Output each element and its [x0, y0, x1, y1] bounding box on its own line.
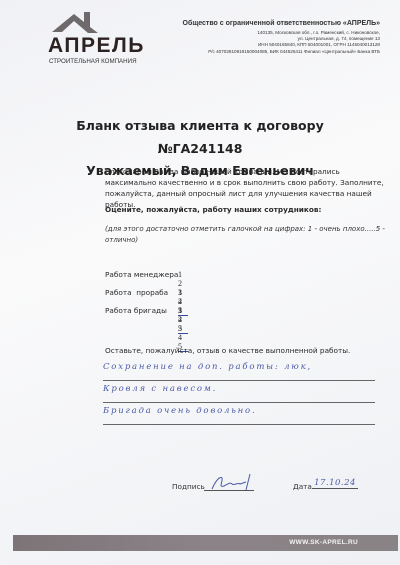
intro-text: Благодарим Вас за выбор нашей компании. …	[105, 166, 385, 210]
signature-scribble-icon	[210, 472, 256, 492]
website-link[interactable]: WWW.SK-APREL.RU	[289, 539, 358, 546]
footer-bar: WWW.SK-APREL.RU	[13, 535, 398, 551]
rating-option-1[interactable]: 1	[178, 270, 188, 279]
company-bank: Р/с 40702810919150004085, БИК 044525411 …	[183, 49, 380, 55]
company-logo: АПРЕЛЬ СТРОИТЕЛЬНАЯ КОМПАНИЯ	[40, 8, 150, 60]
logo-subtitle: СТРОИТЕЛЬНАЯ КОМПАНИЯ	[49, 58, 137, 65]
rating-option-3[interactable]: 3	[178, 324, 188, 333]
rating-option-1[interactable]: 1	[178, 306, 188, 315]
feedback-label: Оставьте, пожалуйста, отзыв о качестве в…	[105, 346, 350, 355]
rating-label: Работа менеджера	[105, 270, 205, 279]
company-name: Общество с ограниченной ответственностью…	[183, 20, 380, 27]
contract-number: №ГА241148	[0, 141, 400, 163]
rating-section-label: Оцените, пожалуйста, работу наших сотруд…	[105, 205, 321, 214]
rating-label: Работа бригады	[105, 306, 205, 315]
date-label: Дата	[293, 482, 312, 491]
house-roof-icon	[50, 8, 110, 34]
feedback-line-3[interactable]: Бригада очень довольно.	[103, 406, 375, 425]
form-title: Бланк отзыва клиента к договору	[0, 118, 400, 141]
rating-option-2[interactable]: 2	[178, 297, 188, 306]
rating-label: Работа прораба	[105, 288, 205, 297]
rating-hint: (для этого достаточно отметить галочкой …	[105, 224, 385, 246]
rating-option-4[interactable]: 4	[178, 333, 188, 342]
company-details: Общество с ограниченной ответственностью…	[183, 20, 380, 55]
feedback-line-1[interactable]: Сохранение на доп. работы: люк,	[103, 362, 375, 381]
rating-option-2[interactable]: 2	[178, 279, 188, 288]
logo-name: АПРЕЛЬ	[48, 34, 145, 58]
rating-option-2[interactable]: 2	[178, 315, 188, 324]
rating-option-1[interactable]: 1	[178, 288, 188, 297]
feedback-line-2[interactable]: Кровля с навесом.	[103, 384, 375, 403]
date-field[interactable]: 17.10.24	[312, 478, 358, 489]
signature-label: Подпись	[172, 482, 205, 491]
feedback-form-page: АПРЕЛЬ СТРОИТЕЛЬНАЯ КОМПАНИЯ Общество с …	[0, 0, 400, 565]
